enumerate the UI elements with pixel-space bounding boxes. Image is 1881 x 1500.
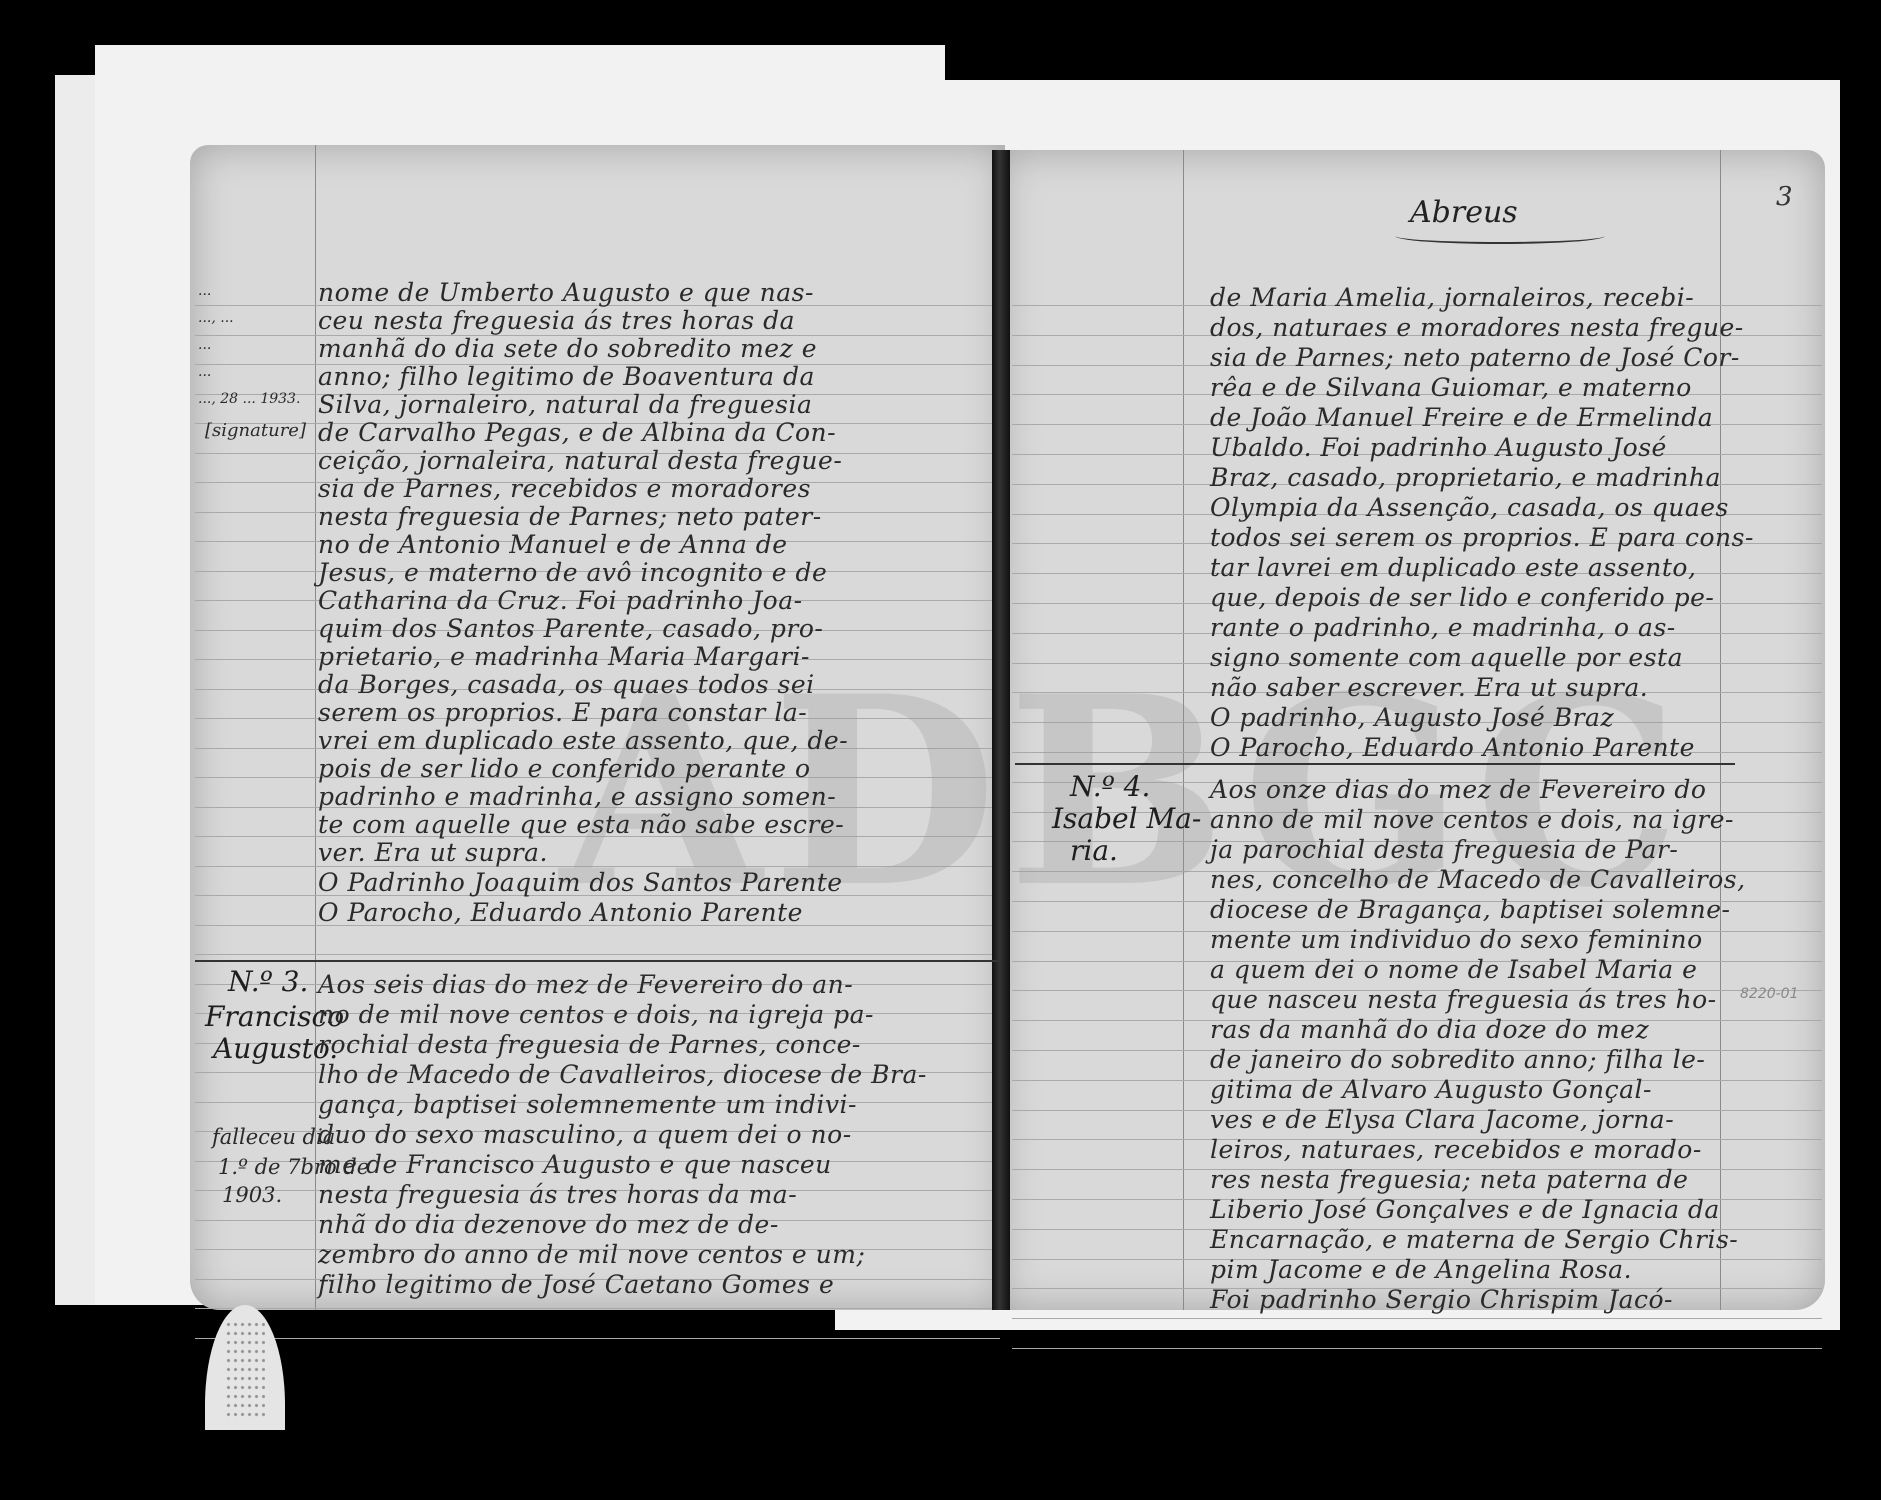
ruled-line <box>195 1338 1000 1339</box>
text-line: no de mil nove centos e dois, na igreja … <box>318 1000 874 1029</box>
ruled-line <box>195 866 1000 867</box>
text-line: Encarnação, e materna de Sergio Chris- <box>1210 1225 1738 1254</box>
text-line: Foi padrinho Sergio Chrispim Jacó- <box>1210 1285 1673 1314</box>
text-line: vrei em duplicado este assento, que, de- <box>318 726 848 755</box>
ruled-line <box>1012 1348 1822 1349</box>
text-line: rochial desta freguesia de Parnes, conce… <box>318 1030 861 1059</box>
text-line: anno; filho legitimo de Boaventura da <box>318 362 815 391</box>
text-line: Silva, jornaleiro, natural da freguesia <box>318 390 812 419</box>
text-line: lho de Macedo de Cavalleiros, diocese de… <box>318 1060 927 1089</box>
text-line: ver. Era ut supra. <box>318 838 548 867</box>
text-line: duo do sexo masculino, a quem dei o no- <box>318 1120 852 1149</box>
text-line: ves e de Elysa Clara Jacome, jorna- <box>1210 1105 1674 1134</box>
margin-note-line: ... <box>198 283 211 299</box>
text-line: res nesta freguesia; neta paterna de <box>1210 1165 1688 1194</box>
godfather-signature: O padrinho, Augusto José Braz <box>1210 703 1614 732</box>
text-line: mente um individuo do sexo feminino <box>1210 925 1703 954</box>
text-line: gitima de Alvaro Augusto Gonçal- <box>1210 1075 1652 1104</box>
ruled-line <box>195 1308 1000 1309</box>
godfather-signature: O Padrinho Joaquim dos Santos Parente <box>318 868 843 897</box>
text-line: pois de ser lido e conferido perante o <box>318 754 811 783</box>
entry-divider <box>195 960 1000 962</box>
header-flourish <box>1395 228 1605 244</box>
text-line: serem os proprios. E para constar la- <box>318 698 807 727</box>
text-line: da Borges, casada, os quaes todos sei <box>318 670 815 699</box>
text-line: padrinho e madrinha, e assigno somen- <box>318 782 836 811</box>
text-line: nesta freguesia de Parnes; neto pater- <box>318 502 822 531</box>
text-line: leiros, naturaes, recebidos e morado- <box>1210 1135 1702 1164</box>
text-line: rêa e de Silvana Guiomar, e materno <box>1210 373 1692 402</box>
text-line: Liberio José Gonçalves e de Ignacia da <box>1210 1195 1720 1224</box>
right-margin-line <box>1183 150 1184 1310</box>
text-line: prietario, e madrinha Maria Margari- <box>318 642 810 671</box>
text-line: te com aquelle que esta não sabe escre- <box>318 810 844 839</box>
death-note: falleceu dia <box>212 1125 335 1149</box>
priest-signature: O Parocho, Eduardo Antonio Parente <box>318 898 803 927</box>
ruled-line <box>195 954 1000 955</box>
margin-note-line: ..., 28 ... 1933. <box>198 391 300 407</box>
text-line: que, depois de ser lido e conferido pe- <box>1210 583 1714 612</box>
text-line: signo somente com aquelle por esta <box>1210 643 1683 672</box>
death-note: 1903. <box>222 1183 282 1207</box>
text-line: Aos onze dias do mez de Fevereiro do <box>1210 775 1706 804</box>
book-spine <box>992 150 1010 1310</box>
entry-number: N.º 4. <box>1070 770 1150 803</box>
entry-number: N.º 3. <box>228 965 308 998</box>
text-line: pim Jacome e de Angelina Rosa. <box>1210 1255 1632 1284</box>
text-line: Jesus, e materno de avô incognito e de <box>318 558 827 587</box>
text-line: Catharina da Cruz. Foi padrinho Joa- <box>318 586 803 615</box>
text-line: diocese de Bragança, baptisei solemne- <box>1210 895 1730 924</box>
text-line: nome de Umberto Augusto e que nas- <box>318 278 814 307</box>
text-line: ceu nesta freguesia ás tres horas da <box>318 306 795 335</box>
text-line: de Maria Amelia, jornaleiros, recebi- <box>1210 283 1694 312</box>
priest-signature: O Parocho, Eduardo Antonio Parente <box>1210 733 1695 762</box>
archive-code: 8220-01 <box>1740 986 1799 1002</box>
text-line: ja parochial desta freguesia de Par- <box>1210 835 1678 864</box>
margin-note-line: ..., ... <box>198 310 234 326</box>
text-line: no de Antonio Manuel e de Anna de <box>318 530 788 559</box>
text-line: ceição, jornaleira, natural desta fregue… <box>318 446 842 475</box>
text-line: tar lavrei em duplicado este assento, <box>1210 553 1696 582</box>
text-line: que nasceu nesta freguesia ás tres ho- <box>1210 985 1717 1014</box>
text-line: rante o padrinho, e madrinha, o as- <box>1210 613 1676 642</box>
text-line: Ubaldo. Foi padrinho Augusto José <box>1210 433 1667 462</box>
text-line: Aos seis dias do mez de Fevereiro do an- <box>318 970 853 999</box>
text-line: de João Manuel Freire e de Ermelinda <box>1210 403 1713 432</box>
text-line: ras da manhã do dia doze do mez <box>1210 1015 1649 1044</box>
text-line: não saber escrever. Era ut supra. <box>1210 673 1648 702</box>
entry-name: ria. <box>1070 834 1118 867</box>
text-line: anno de mil nove centos e dois, na igre- <box>1210 805 1734 834</box>
text-line: manhã do dia sete do sobredito mez e <box>318 334 817 363</box>
text-line: gança, baptisei solemnemente um indivi- <box>318 1090 857 1119</box>
text-line: todos sei serem os proprios. E para cons… <box>1210 523 1754 552</box>
text-line: nes, concelho de Macedo de Cavalleiros, <box>1210 865 1746 894</box>
text-line: nhã do dia dezenove do mez de de- <box>318 1210 779 1239</box>
text-line: a quem dei o nome de Isabel Maria e <box>1210 955 1697 984</box>
text-line: dos, naturaes e moradores nesta fregue- <box>1210 313 1744 342</box>
entry-name: Isabel Ma- <box>1052 802 1201 835</box>
text-line: nesta freguesia ás tres horas da ma- <box>318 1180 797 1209</box>
text-line: filho legitimo de José Caetano Gomes e <box>318 1270 834 1299</box>
text-line: zembro do anno de mil nove centos e um; <box>318 1240 865 1269</box>
text-line: sia de Parnes; neto paterno de José Cor- <box>1210 343 1740 372</box>
margin-note-line: ... <box>198 337 211 353</box>
page-number: 3 <box>1776 182 1793 212</box>
margin-note-line: ... <box>198 364 211 380</box>
text-line: de janeiro do sobredito anno; filha le- <box>1210 1045 1705 1074</box>
text-line: Olympia da Assenção, casada, os quaes <box>1210 493 1729 522</box>
bookmark-tab-texture <box>225 1320 265 1420</box>
page-header-abreus: Abreus <box>1410 195 1518 230</box>
margin-signature: [signature] <box>205 420 306 441</box>
text-line: quim dos Santos Parente, casado, pro- <box>318 614 823 643</box>
text-line: sia de Parnes, recebidos e moradores <box>318 474 811 503</box>
text-line: de Carvalho Pegas, e de Albina da Con- <box>318 418 836 447</box>
ruled-line <box>1012 1318 1822 1319</box>
text-line: Braz, casado, proprietario, e madrinha <box>1210 463 1721 492</box>
text-line: me de Francisco Augusto e que nasceu <box>318 1150 832 1179</box>
entry-divider <box>1015 763 1735 765</box>
